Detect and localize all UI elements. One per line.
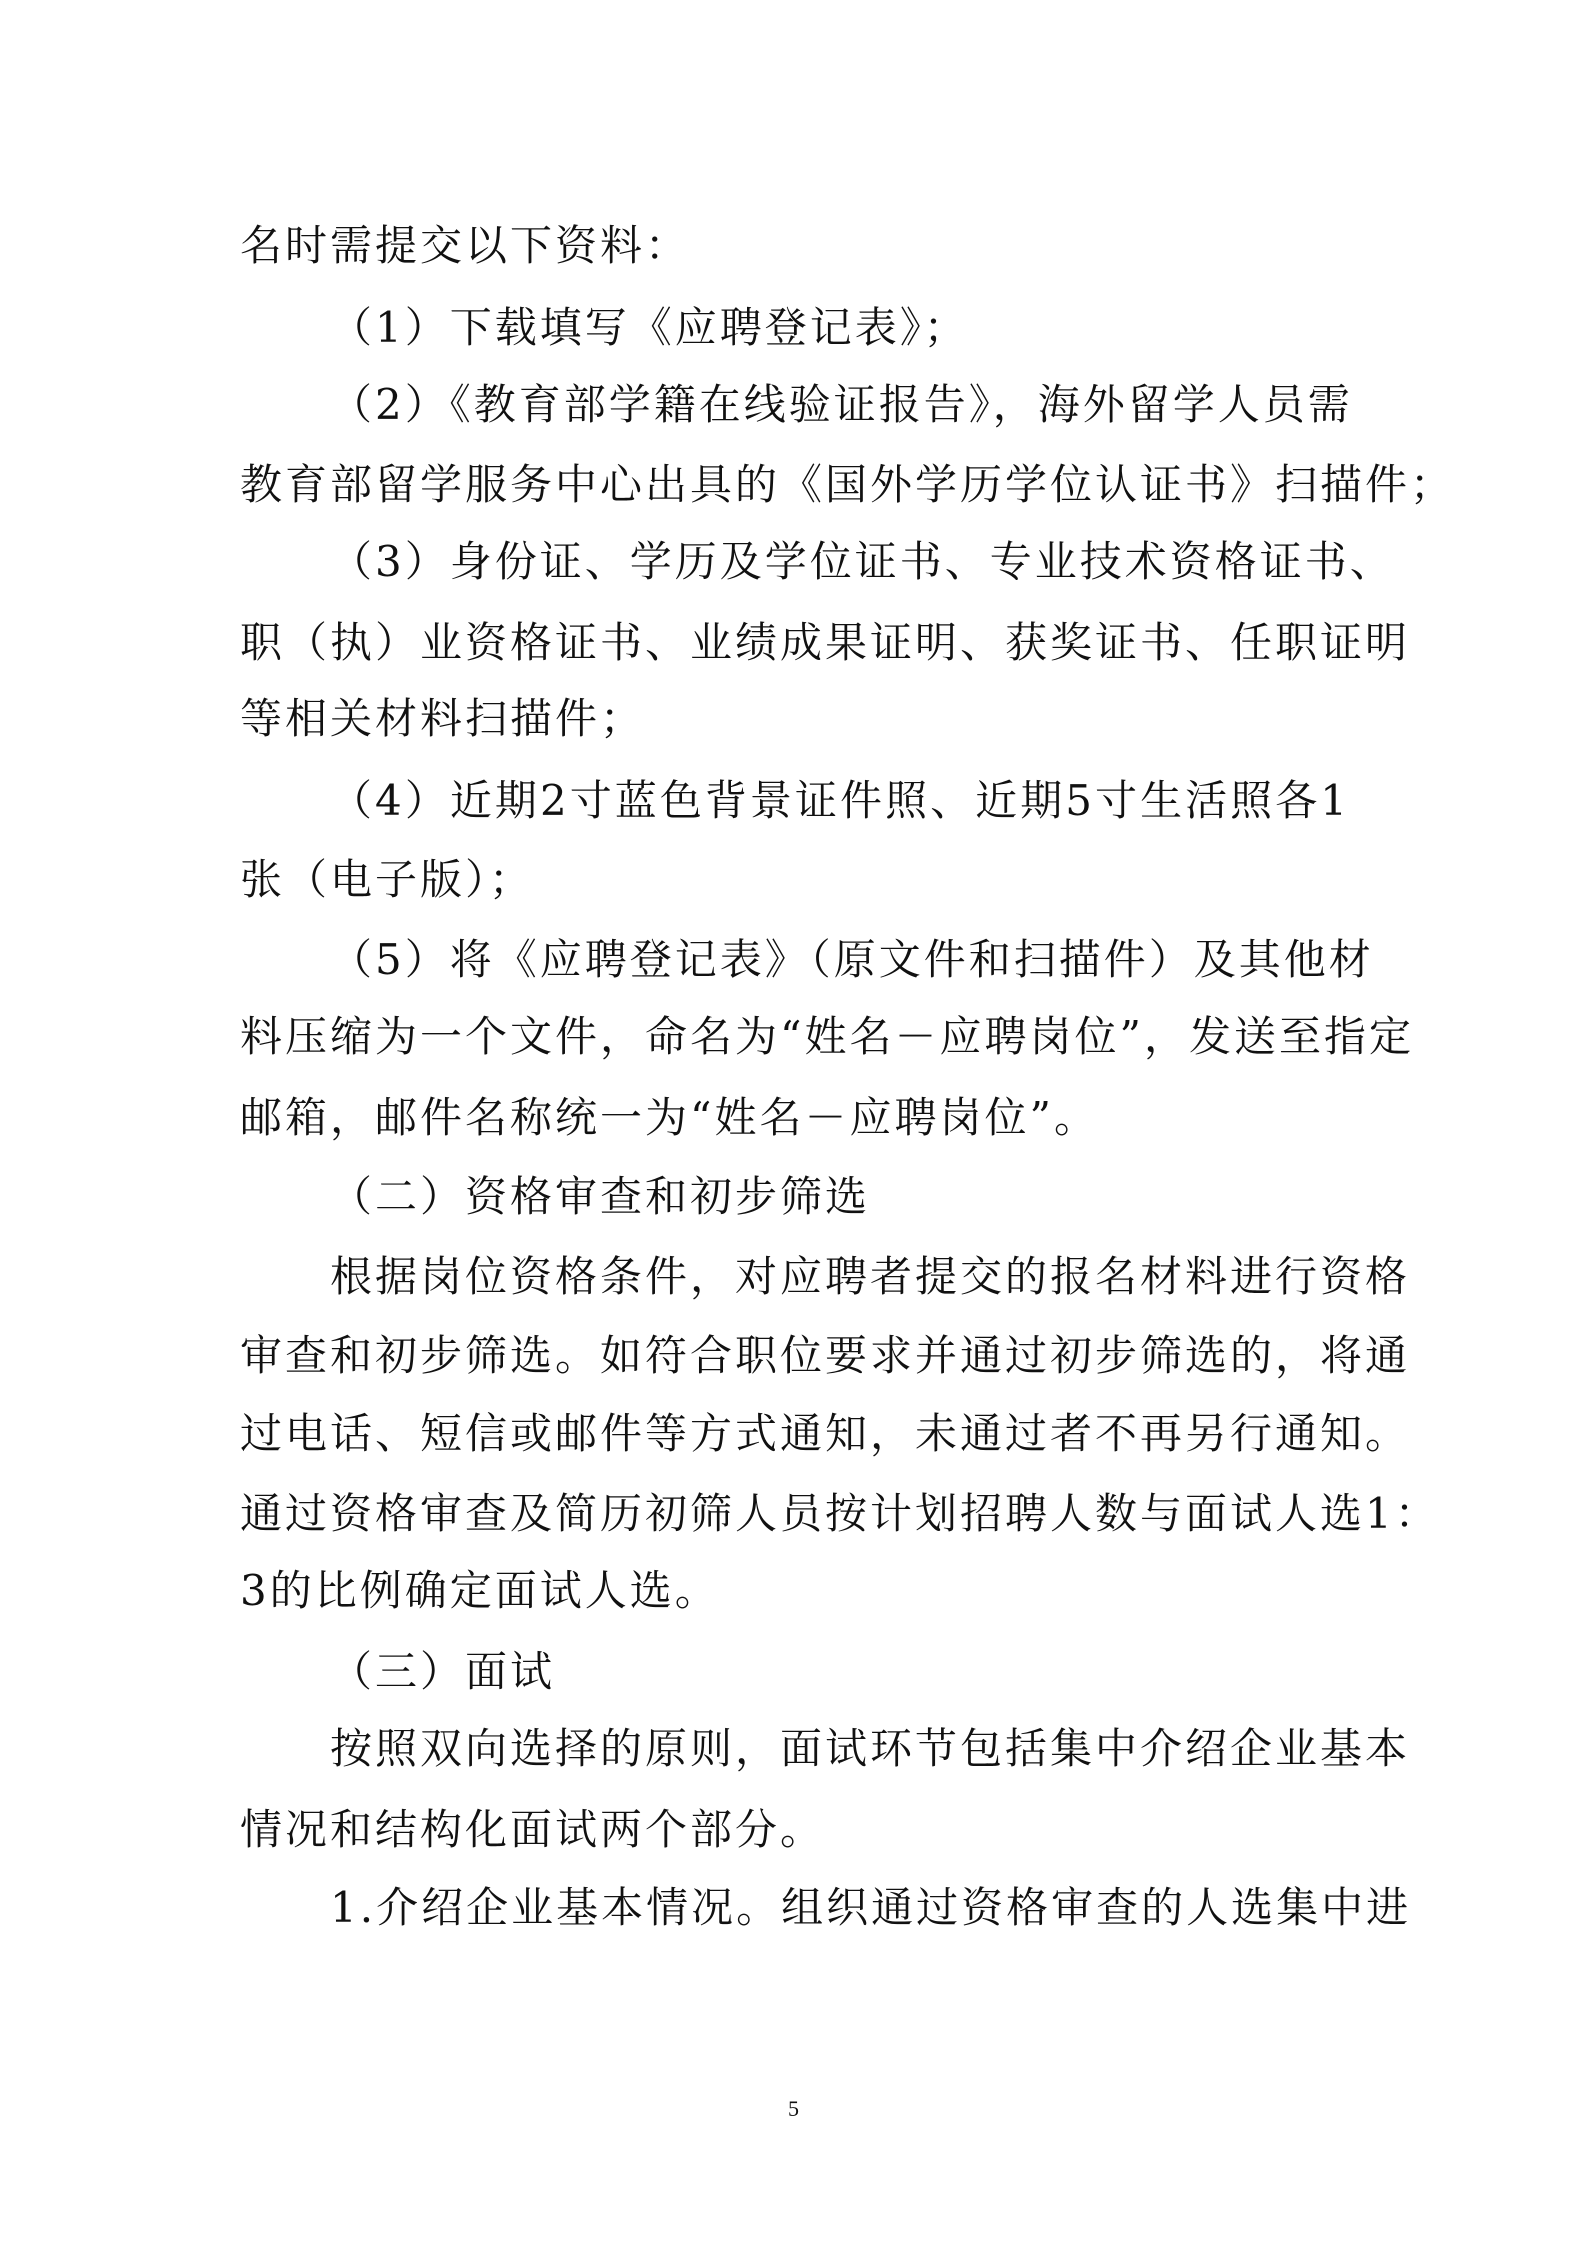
page-number: 5	[0, 2096, 1587, 2122]
text-line: 根据岗位资格条件，对应聘者提交的报名材料进行资格	[330, 1249, 1350, 1305]
text-line: 按照双向选择的原则，面试环节包括集中介绍企业基本	[330, 1721, 1350, 1777]
text-line: （3）身份证、学历及学位证书、专业技术资格证书、	[330, 534, 1350, 590]
text-line: 1.介绍企业基本情况。组织通过资格审查的人选集中进	[330, 1880, 1350, 1936]
text-line: 审查和初步筛选。如符合职位要求并通过初步筛选的，将通	[240, 1328, 1350, 1384]
text-line: 料压缩为一个文件，命名为“姓名－应聘岗位”，发送至指定	[240, 1009, 1350, 1065]
text-line: 邮箱，邮件名称统一为“姓名－应聘岗位”。	[240, 1090, 1350, 1146]
document-page: 名时需提交以下资料：（1）下载填写《应聘登记表》；（2）《教育部学籍在线验证报告…	[0, 0, 1587, 2245]
text-line: 职（执）业资格证书、业绩成果证明、获奖证书、任职证明	[240, 615, 1350, 671]
text-line: 过电话、短信或邮件等方式通知，未通过者不再另行通知。	[240, 1406, 1350, 1462]
text-line: 名时需提交以下资料：	[240, 218, 1350, 274]
text-line: 3的比例确定面试人选。	[240, 1563, 1350, 1619]
text-line: （2）《教育部学籍在线验证报告》，海外留学人员需	[330, 377, 1350, 433]
text-line: 等相关材料扫描件；	[240, 691, 1350, 747]
text-line: 情况和结构化面试两个部分。	[240, 1802, 1350, 1858]
text-line: 张（电子版）；	[240, 852, 1350, 908]
text-line: （二）资格审查和初步筛选	[330, 1169, 1350, 1225]
text-line: （1）下载填写《应聘登记表》；	[330, 300, 1350, 356]
text-line: 教育部留学服务中心出具的《国外学历学位认证书》扫描件；	[240, 457, 1350, 513]
text-line: 通过资格审查及简历初筛人员按计划招聘人数与面试人选1：	[240, 1486, 1350, 1542]
text-line: （三）面试	[330, 1644, 1350, 1700]
text-line: （5）将《应聘登记表》（原文件和扫描件）及其他材	[330, 932, 1350, 988]
text-line: （4）近期2寸蓝色背景证件照、近期5寸生活照各1	[330, 773, 1350, 829]
